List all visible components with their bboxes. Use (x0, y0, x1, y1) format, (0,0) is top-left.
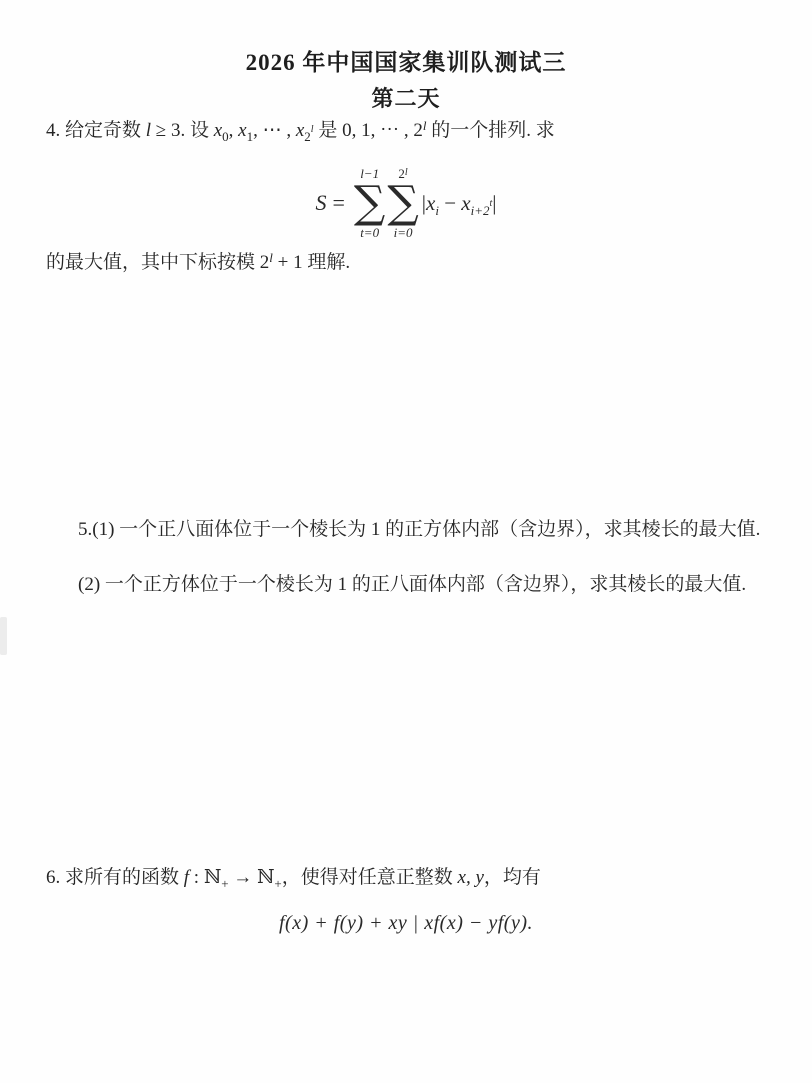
problem-4-text: 4. 给定奇数 (46, 120, 146, 141)
document-page: 2026 年中国国家集训队测试三 第二天 4. 给定奇数 l ≥ 3. 设 x0… (0, 0, 812, 1083)
problem-6-formula: f(x) + f(y) + xy | xf(x) − yf(y). (0, 903, 812, 943)
document-subtitle: 第二天 (0, 82, 812, 113)
math-var-x1: x (238, 120, 246, 141)
abs-bar: | (492, 191, 496, 215)
problem-4-text: 的一个排列. 求 (426, 120, 554, 141)
math-subscript: i+2 (471, 203, 490, 218)
sigma-icon: ∑ (354, 181, 385, 225)
problem-4-text: + 1 理解. (273, 252, 350, 273)
problem-4-text: 是 (314, 120, 343, 141)
divisibility-formula: f(x) + f(y) + xy | xf(x) − yf(y). (279, 912, 533, 935)
math-minus: − (439, 191, 461, 215)
sum-lower-limit: i=0 (394, 225, 413, 240)
sigma-icon: ∑ (387, 181, 418, 225)
math-equals: = (333, 190, 345, 216)
problem-5-part1: 5.(1) 一个正八面体位于一个棱长为 1 的正方体内部（含边界），求其棱长的最… (46, 516, 778, 544)
sum-lower-limit: t=0 (360, 225, 379, 240)
math-naturals-symbol: ℕ (204, 867, 221, 888)
math-subscript-plus: + (274, 876, 281, 891)
problem-6-text: ，使得对任意正整数 (282, 867, 458, 888)
document-title: 2026 年中国国家集训队测试三 (0, 44, 812, 77)
math-sequence: 0, 1, ⋯ , 2 (342, 120, 423, 141)
problem-6-text: ，均有 (484, 867, 541, 888)
math-naturals-symbol: ℕ (257, 867, 274, 888)
problem-4-intro: 4. 给定奇数 l ≥ 3. 设 x0, x1, ⋯ , x2l 是 0, 1,… (46, 117, 778, 145)
problem-4-text: 的最大值，其中下标按模 2 (46, 252, 269, 273)
document-header: 2026 年中国国家集训队测试三 第二天 (0, 44, 812, 113)
math-var-x: x (426, 191, 435, 215)
scan-artifact (0, 617, 7, 655)
math-var-x0: x (214, 120, 222, 141)
math-var-S: S (316, 190, 327, 216)
summation-over-i: 2l ∑ i=0 (387, 166, 418, 240)
problem-4-tail: 的最大值，其中下标按模 2l + 1 理解. (46, 249, 778, 277)
math-vars-xy: x, y (458, 867, 484, 888)
problem-6-text: 6. 求所有的函数 (46, 867, 184, 888)
math-arrow: → (229, 867, 258, 888)
math-ellipsis: , ⋯ , (253, 120, 296, 141)
math-var-x: x (461, 191, 470, 215)
problem-4-formula: S = l−1 ∑ t=0 2l ∑ i=0 |xi − xi+2t| (0, 160, 812, 246)
problem-4-text: ≥ 3. 设 (151, 120, 214, 141)
math-colon: : (189, 867, 204, 888)
problem-5-part2: (2) 一个正方体位于一个棱长为 1 的正八面体内部（含边界），求其棱长的最大值… (46, 571, 778, 599)
formula-row: S = l−1 ∑ t=0 2l ∑ i=0 |xi − xi+2t| (316, 166, 497, 240)
summation-over-t: l−1 ∑ t=0 (354, 166, 385, 240)
math-subscript-plus: + (221, 876, 228, 891)
formula-summand: |xi − xi+2t| (422, 191, 497, 216)
math-comma: , (229, 120, 239, 141)
problem-6-intro: 6. 求所有的函数 f : ℕ+ → ℕ+，使得对任意正整数 x, y，均有 (46, 864, 778, 892)
